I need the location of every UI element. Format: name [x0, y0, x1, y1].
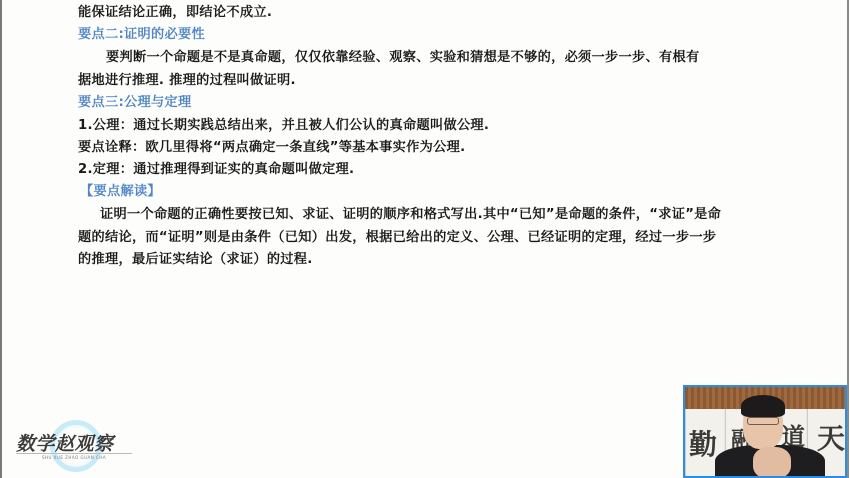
section-heading-interpretation: 【要点解读】	[80, 183, 161, 201]
webcam-overlay: 勤 融 道 天	[683, 385, 847, 478]
text-line: 的推理，最后证实结论（求证）的过程.	[78, 251, 313, 269]
section-heading-2: 要点二:证明的必要性	[78, 26, 205, 44]
presenter-hand	[753, 447, 791, 478]
right-frame-border	[847, 0, 849, 478]
text-line: 要判断一个命题是不是真命题，仅仅依靠经验、观察、实验和猜想是不够的，必须一步一步…	[78, 49, 699, 67]
text-line: 题的结论，而“证明”则是由条件（已知）出发，根据已给出的定义、公理、已经证明的定…	[78, 229, 716, 247]
text-line: 据地进行推理. 推理的过程叫做证明.	[78, 72, 296, 90]
text-line: 1.公理：通过长期实践总结出来，并且被人们公认的真命题叫做公理.	[78, 117, 489, 135]
text-line: 要点诠释：欧几里得将“两点确定一条直线”等基本事实作为公理.	[78, 139, 465, 157]
logo-subtitle: SHU XUE ZHAO GUAN CHA	[16, 453, 132, 460]
text-line: 2.定理：通过推理得到证实的真命题叫做定理.	[78, 161, 354, 179]
left-frame-border	[0, 0, 2, 478]
logo-title: 数学赵观察	[16, 429, 114, 456]
presenter-glasses	[747, 417, 779, 425]
presenter-hair	[741, 395, 785, 417]
text-line: 证明一个命题的正确性要按已知、求证、证明的顺序和格式写出.其中“已知”是命题的条…	[72, 206, 721, 224]
calligraphy-character: 天	[817, 417, 845, 457]
calligraphy-character: 勤	[689, 423, 717, 463]
channel-logo: 数学赵观察 SHU XUE ZHAO GUAN CHA	[14, 420, 134, 472]
section-heading-3: 要点三:公理与定理	[78, 94, 191, 112]
text-line: 能保证结论正确，即结论不成立.	[78, 4, 272, 22]
